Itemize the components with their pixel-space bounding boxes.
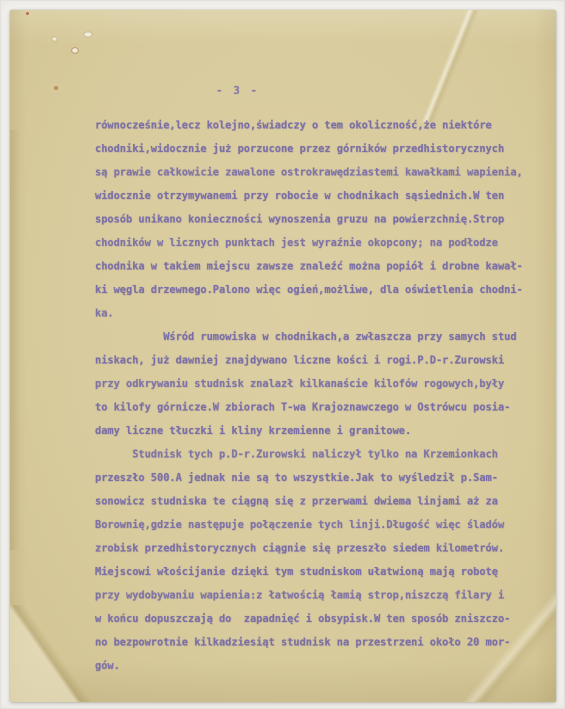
paper-stain: [26, 12, 29, 15]
text-line: no bezpowrotnie kilkadziesiąt studnisk n…: [95, 631, 545, 655]
text-line: ki węgla drzewnego.Palono więc ogień,moż…: [95, 279, 545, 303]
text-line: to kilofy górnicze.W zbiorach T-wa Krajo…: [95, 396, 545, 420]
text-line: chodniki,widocznie już porzucone przez g…: [95, 138, 545, 162]
text-line: w końcu dopuszczają do zapadnięć i obsyp…: [95, 608, 545, 632]
text-line: niskach, już dawniej znajdywano liczne k…: [95, 349, 545, 373]
text-line: sonowicz studniska te ciągną się z przer…: [95, 490, 545, 514]
text-line: równocześnie,lecz kolejno,świadczy o tem…: [95, 114, 545, 137]
text-line: przy odkrywaniu studnisk znalazł kilkana…: [95, 373, 545, 397]
text-line: Miejscowi włościjanie dzięki tym studnis…: [95, 561, 545, 585]
paper-stain: [54, 86, 58, 90]
text-line: widocznie otrzymywanemi przy robocie w c…: [95, 185, 545, 209]
paper-hole: [84, 32, 92, 37]
paper-hole: [72, 48, 78, 53]
text-line: przeszło 500.A jednak nie są to wszystki…: [95, 467, 545, 491]
text-line: przy wydobywaniu wapienia:z łatwością ła…: [95, 584, 545, 608]
paper-hole: [52, 37, 57, 41]
text-line: ka.: [95, 302, 545, 326]
text-line: Studnisk tych p.D-r.Zurowski naliczył ty…: [95, 443, 545, 467]
paper-crease: [10, 130, 20, 550]
text-line: są prawie całkowicie zawalone ostrokrawę…: [95, 161, 545, 185]
document-page: - 3 - równocześnie,lecz kolejno,świadczy…: [10, 10, 556, 702]
text-line: Borownię,gdzie następuje połączenie tych…: [95, 514, 545, 538]
text-line: chodnika w takiem miejscu zawsze znaleźć…: [95, 255, 545, 279]
text-line: damy liczne tłuczki i kliny krzemienne i…: [95, 420, 545, 444]
text-line: chodników w licznych punktach jest wyraź…: [95, 232, 545, 256]
typewritten-text: równocześnie,lecz kolejno,świadczy o tem…: [95, 114, 545, 678]
text-line: sposób unikano konieczności wynoszenia g…: [95, 208, 545, 232]
text-line: zrobisk przedhistorycznych ciągnie się p…: [95, 537, 545, 561]
text-line: Wśród rumowiska w chodnikach,a zwłaszcza…: [95, 326, 545, 350]
text-line: gów.: [95, 655, 545, 679]
page-number: - 3 -: [216, 84, 259, 97]
scan-background: - 3 - równocześnie,lecz kolejno,świadczy…: [0, 0, 565, 709]
paper-crease: [418, 10, 480, 122]
